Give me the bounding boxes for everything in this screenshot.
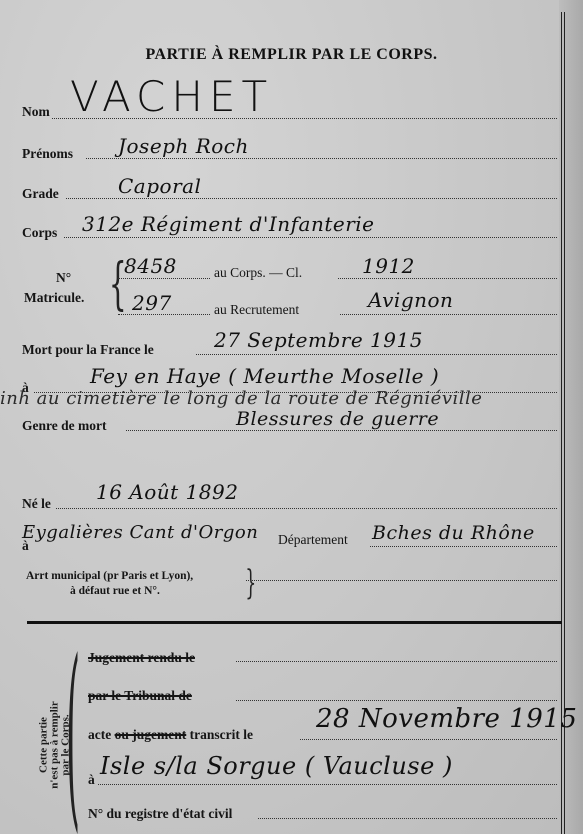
- mort-line: [196, 354, 557, 355]
- transcrit-lieu-line: [98, 784, 557, 785]
- transcrit-rest: transcrit le: [190, 727, 253, 742]
- corps-label: Corps: [22, 225, 57, 241]
- transcrit-label: acte ou jugement transcrit le: [88, 727, 253, 743]
- nom-label: Nom: [22, 104, 50, 120]
- arrondissement-brace: }: [245, 563, 256, 603]
- ne-le-line: [56, 508, 557, 509]
- departement-value: Bches du Rhône: [372, 522, 535, 544]
- transcrit-acte: acte: [88, 727, 111, 742]
- ne-le-label: Né le: [22, 496, 51, 512]
- jugement-line: [236, 661, 557, 662]
- departement-label: Département: [278, 532, 348, 548]
- document-page: PARTIE À REMPLIR PAR LE CORPS. Nom VACHE…: [0, 0, 583, 834]
- grade-label: Grade: [22, 186, 59, 202]
- transcrit-lieu-value: Isle s/la Sorgue ( Vaucluse ): [100, 752, 453, 780]
- genre-line: [126, 430, 557, 431]
- lower-brace: (: [66, 640, 80, 830]
- corps-value: 312e Régiment d'Infanterie: [82, 212, 375, 236]
- mort-label: Mort pour la France le: [22, 342, 154, 358]
- departement-line: [370, 546, 557, 547]
- recrutement-label: au Recrutement: [214, 302, 299, 318]
- grade-line: [66, 198, 557, 199]
- ne-le-value: 16 Août 1892: [96, 480, 238, 504]
- matricule-recrutement-number: 297: [132, 291, 172, 315]
- form-title: PARTIE À REMPLIR PAR LE CORPS.: [0, 46, 583, 64]
- matricule-label: Matricule.: [24, 290, 84, 306]
- prenoms-line: [86, 158, 557, 159]
- transcrit-value: 28 Novembre 1915: [316, 704, 577, 734]
- registre-label: N° du registre d'état civil: [88, 806, 232, 822]
- matricule-corps-line: [118, 278, 210, 279]
- classe-line: [338, 278, 557, 279]
- matricule-corps-label: au Corps. — Cl.: [214, 265, 302, 281]
- tribunal-label: par le Tribunal de: [88, 688, 192, 704]
- tribunal-label-text: par le Tribunal de: [88, 688, 192, 703]
- mort-value: 27 Septembre 1915: [214, 328, 423, 352]
- arrondissement-line: [246, 580, 557, 581]
- lieu-naissance-value: Eygalières Cant d'Orgon: [22, 522, 258, 543]
- genre-label: Genre de mort: [22, 418, 106, 434]
- nom-value: VACHET: [70, 72, 273, 121]
- recrutement-line: [340, 314, 557, 315]
- lieu-mort-value: Fey en Haye ( Meurthe Moselle ): [90, 364, 439, 388]
- tribunal-line: [236, 700, 557, 701]
- recrutement-value: Avignon: [368, 288, 453, 312]
- prenoms-value: Joseph Roch: [118, 134, 249, 158]
- arrondissement-label-2: à défaut rue et N°.: [70, 585, 160, 597]
- transcrit-struck: ou jugement: [115, 727, 187, 742]
- jugement-label: Jugement rendu le: [88, 650, 195, 666]
- prenoms-label: Prénoms: [22, 146, 73, 162]
- transcrit-line: [300, 739, 557, 740]
- section-divider: [27, 621, 562, 624]
- transcrit-lieu-label: à: [88, 772, 95, 788]
- genre-value: Blessures de guerre: [236, 408, 439, 430]
- arrondissement-label-1: Arrt municipal (pr Paris et Lyon),: [26, 570, 193, 582]
- lieu-mort-annotation: inh au cimetière le long de la route de …: [0, 388, 482, 409]
- grade-value: Caporal: [118, 174, 201, 198]
- matricule-corps-number: 8458: [124, 254, 177, 278]
- matricule-no-label: N°: [56, 270, 71, 286]
- corps-line: [64, 237, 557, 238]
- classe-value: 1912: [362, 254, 415, 278]
- registre-line: [258, 818, 557, 819]
